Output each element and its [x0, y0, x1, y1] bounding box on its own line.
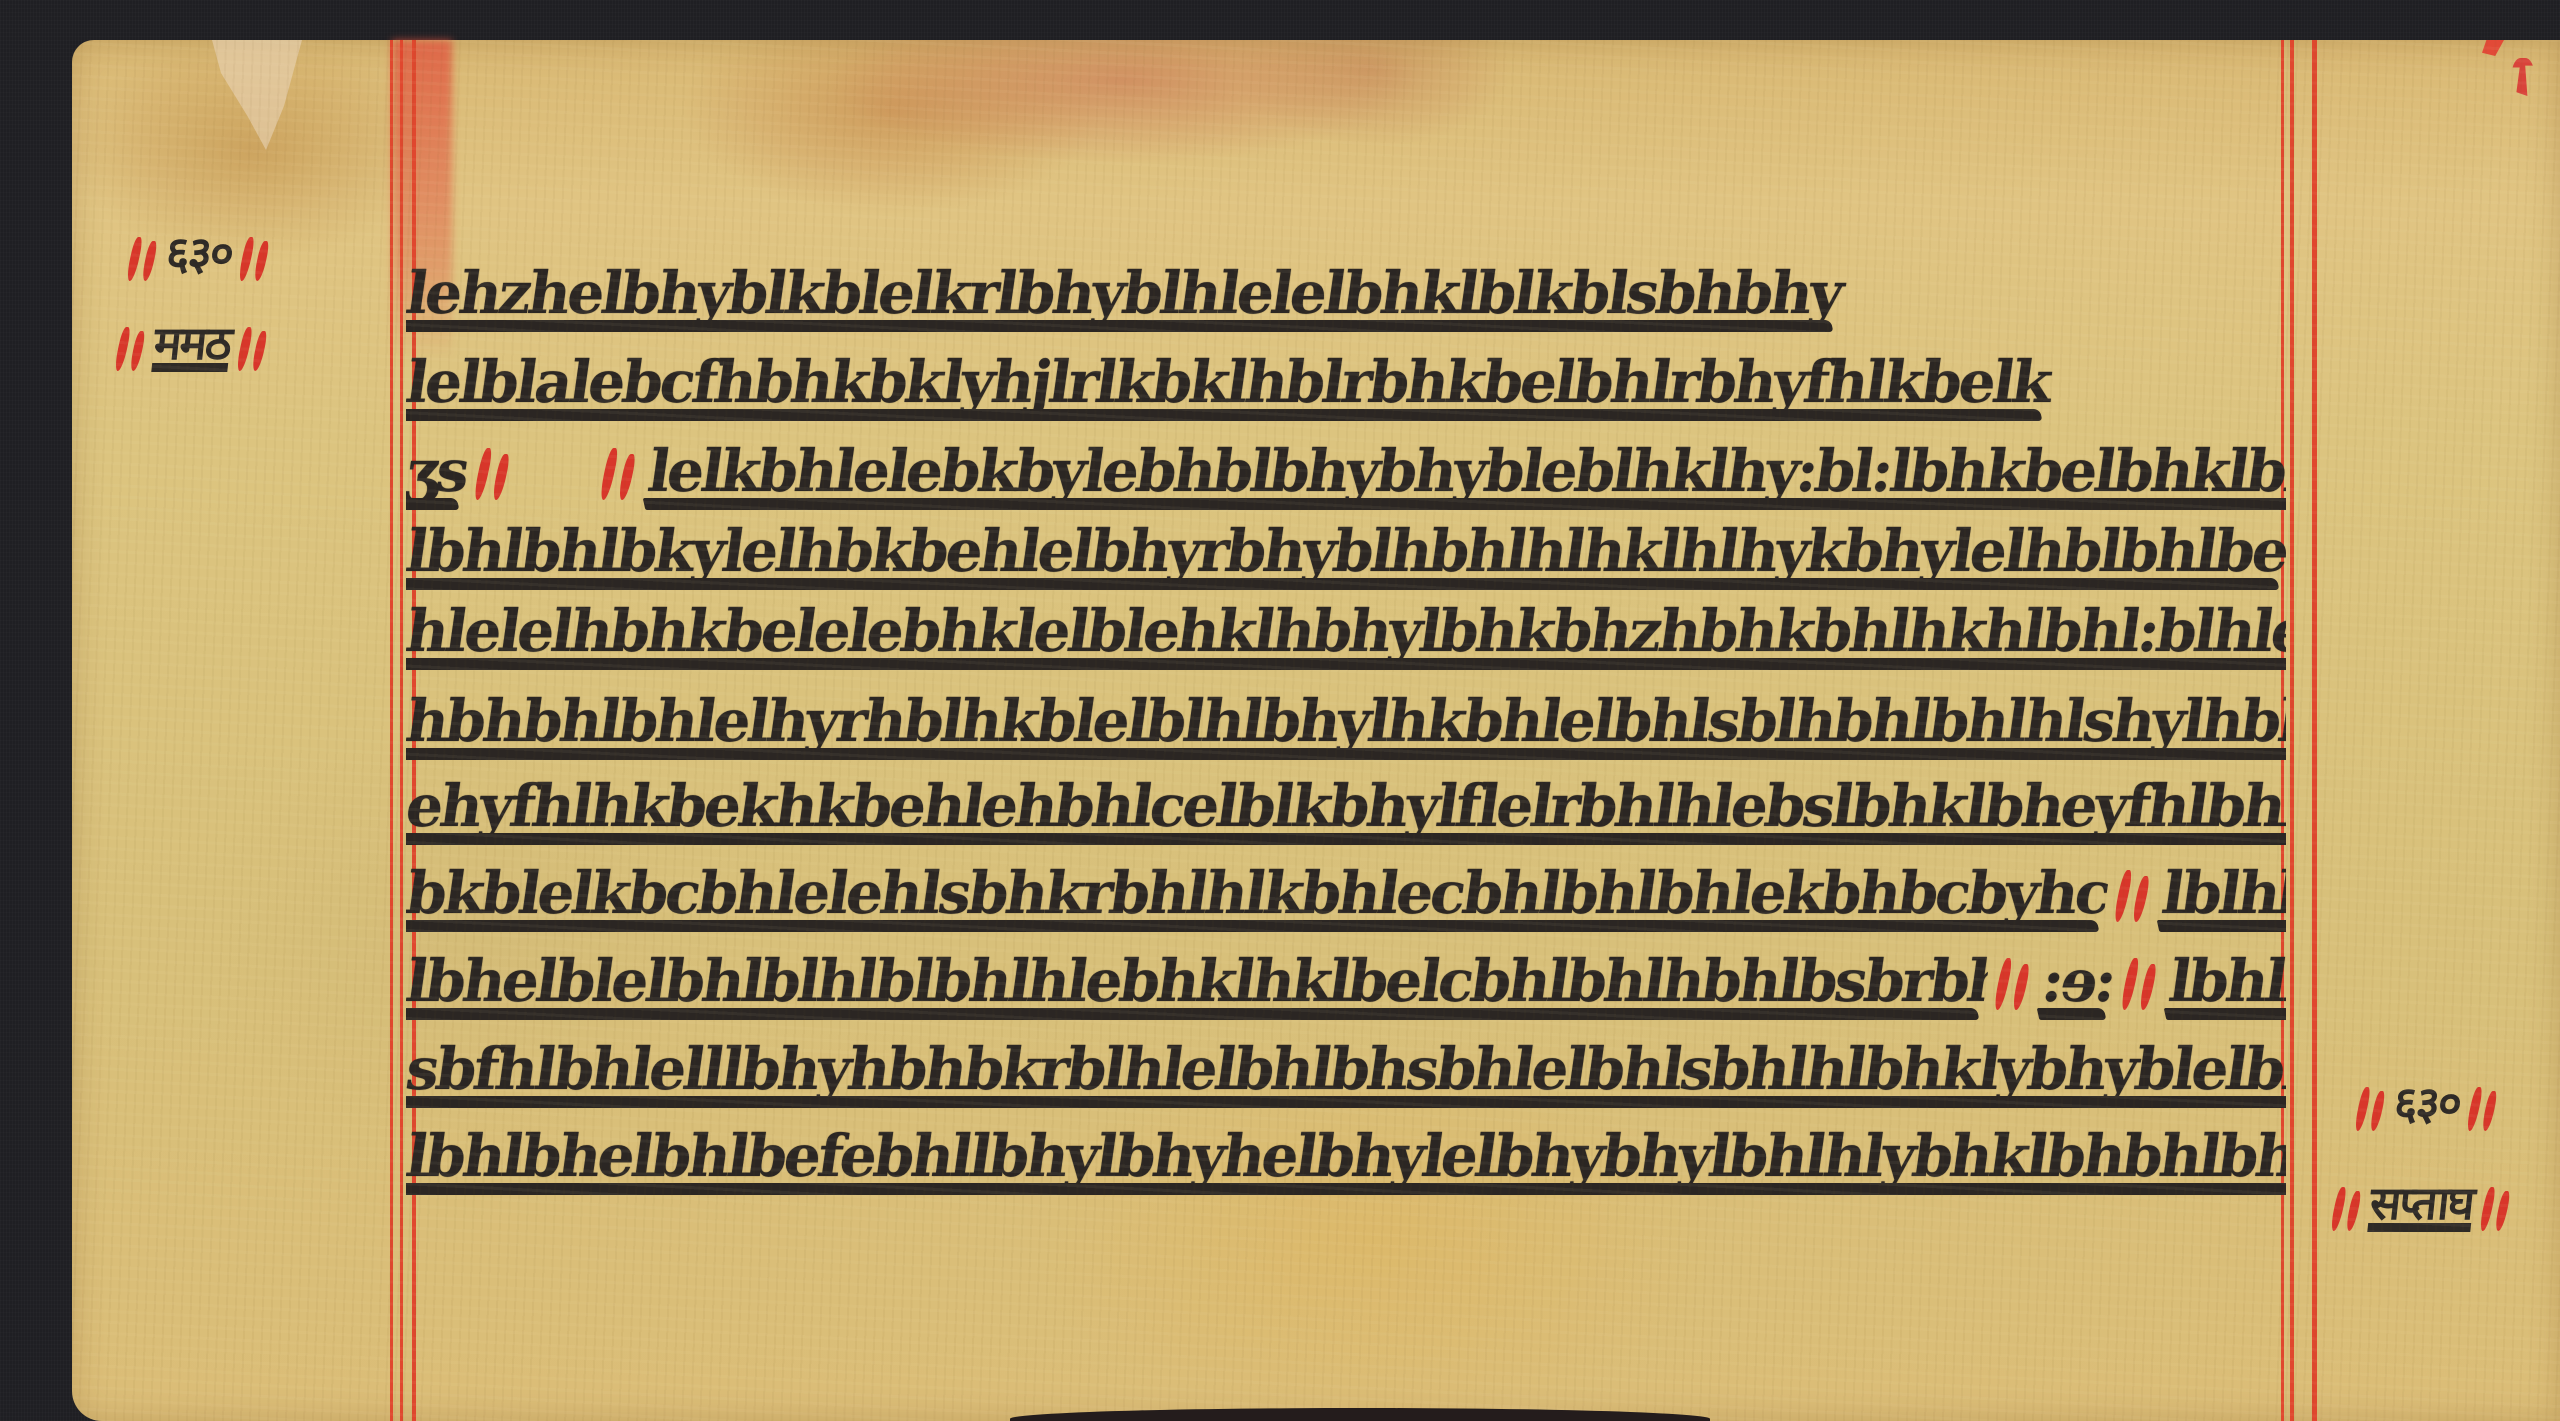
text-segment: lbhelblelbhlblhlblbhlhlebhklhklbelcbhlbh…	[406, 952, 1991, 1020]
double-danda	[2354, 1081, 2388, 1131]
folio-number-text: ६३०	[163, 230, 234, 282]
text-line-7: ehyfhlhkbekhkbehlehbhlcelblkbhylflelrbhl…	[406, 775, 2286, 845]
text-segment: lbhlbhelbhlbefebhllbhylbhyhelbhylelbhybh…	[406, 1127, 2286, 1195]
red-ink-mark	[2512, 58, 2534, 96]
text-segment: sbfhlbhlelllbhyhbhbkrblhlelbhlbhsbhlelbh…	[406, 1040, 2286, 1108]
paper-tear	[212, 40, 302, 150]
folio-number-text: ६३०	[2391, 1080, 2462, 1132]
text-line-3: ʒs lelkbhlelebkbylebhblbhybhybleblhklhy:…	[406, 440, 2286, 510]
text-segment: lblhbelel	[2157, 864, 2286, 932]
text-line-6: hbhbhlbhlelhyrhblhkblelblhlbhylhkbhlelbh…	[406, 690, 2286, 760]
text-block: lehzhelbhyblkblelkrlbhyblhlelelbhklblkbl…	[406, 40, 2286, 1421]
text-line-10: sbfhlbhlelllbhyhbhbkrblhlelbhlbhsbhlelbh…	[406, 1038, 2286, 1108]
double-danda	[2330, 1181, 2364, 1231]
left-margin-folio-number: ६३०	[120, 230, 278, 282]
text-segment: lbhlk	[2164, 952, 2286, 1020]
text-segment: lelkbhlelebkbylebhblbhybhybleblhklhy:bl:…	[643, 442, 2286, 510]
text-line-5: hlelelhbhkbelelebhklelblehklhbhylbhkbhzh…	[406, 600, 2286, 670]
right-margin-folio-number: ६३०	[2348, 1080, 2506, 1132]
double-danda	[126, 231, 160, 281]
folio-label-text: सप्ताघ	[2367, 1180, 2475, 1232]
double-danda	[2466, 1081, 2500, 1131]
double-danda	[114, 321, 148, 371]
text-segment: hlelelhbhkbelelebhklelblehklhbhylbhkbhzh…	[406, 602, 2286, 670]
right-ruling-line	[2312, 40, 2317, 1421]
double-danda	[474, 442, 514, 500]
text-segment: hbhbhlbhlelhyrhblhkblelblhlbhylhkbhlelbh…	[406, 692, 2286, 760]
left-ruling-line	[390, 40, 393, 1421]
right-margin-folio-label: सप्ताघ	[2324, 1180, 2519, 1232]
double-danda	[600, 442, 640, 500]
text-line-11: lbhlbhelbhlbefebhllbhylbhyhelbhylelbhybh…	[406, 1125, 2286, 1195]
left-ruling-line	[400, 40, 403, 1421]
double-danda	[1994, 952, 2034, 1010]
text-line-1: lehzhelbhyblkblelkrlbhyblhlelelbhklblkbl…	[406, 262, 1840, 332]
text-segment: lehzhelbhyblkblelkrlbhyblhlelelbhklblkbl…	[406, 264, 1845, 332]
text-segment: :ɘ:	[2037, 952, 2117, 1020]
text-segment: ʒs	[406, 442, 470, 510]
text-segment: lbhlbhlbkylelhbkbehlelbhyrbhyblhbhlhlhkl…	[406, 522, 2286, 590]
double-danda	[236, 321, 270, 371]
text-line-4: lbhlbhlbkylelhbkbehlelbhyrbhyblhbhlhlhkl…	[406, 520, 2286, 590]
text-segment: ehyfhlhkbekhkbehlehbhlcelblkbhylflelrbhl…	[406, 777, 2286, 845]
right-ruling-line	[2290, 40, 2294, 1421]
manuscript-folio: ६३० ममठ ६३० सप्ताघ lehzhelbhyblkblelkrlb…	[72, 40, 2560, 1421]
double-danda	[2121, 952, 2161, 1010]
double-danda	[2479, 1181, 2513, 1231]
text-segment: lelblalebcfhbhkbklyhjlrlkbklhblrbhkbelbh…	[406, 353, 2053, 421]
red-ink-mark	[2482, 40, 2504, 56]
text-line-2: lelblalebcfhbhkbklyhjlrlkbklhblrbhkbelbh…	[406, 351, 2049, 421]
text-line-8: bkblelkbcbhlelehlsbhkrbhlhlkbhlecbhlbhlb…	[406, 862, 2286, 932]
text-line-9: lbhelblelbhlblhlblbhlhlebhklhklbelcbhlbh…	[406, 950, 2286, 1020]
folio-label-text: ममठ	[151, 320, 232, 372]
double-danda	[238, 231, 272, 281]
double-danda	[2114, 864, 2154, 922]
text-segment: bkblelkbcbhlelehlsbhkrbhlhlkbhlecbhlbhlb…	[406, 864, 2111, 932]
left-margin-folio-label: ममठ	[108, 320, 276, 372]
